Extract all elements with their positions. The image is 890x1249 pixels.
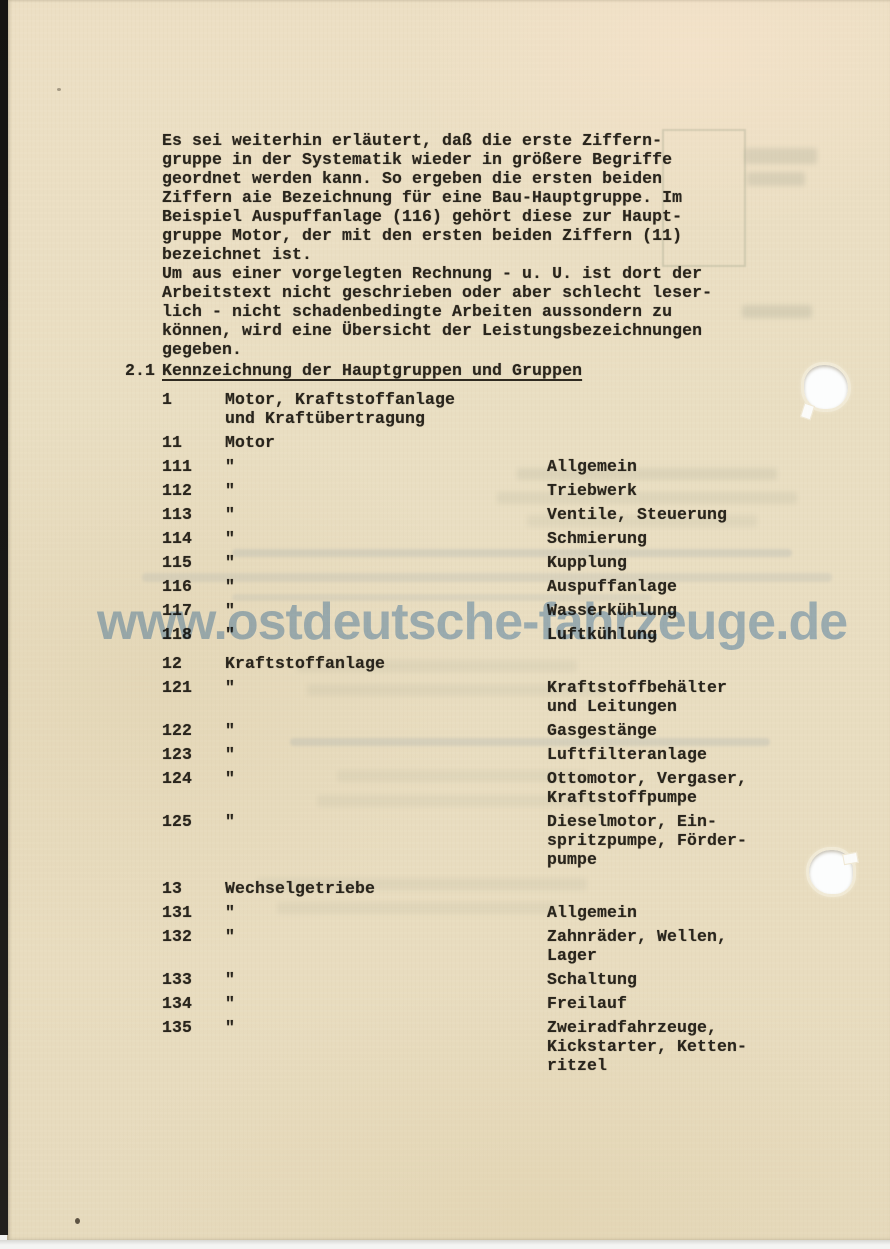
paper-speck [75,1218,80,1224]
intro-paragraph: Es sei weiterhin erläutert, daß die erst… [162,131,722,264]
table-row: 135"Zweiradfahrzeuge, Kickstarter, Kette… [162,1018,782,1075]
paper-tear [800,403,815,421]
row-code: 12 [162,654,225,673]
row-code: 13 [162,879,225,898]
row-group: " [225,481,547,500]
table-row: 1Motor, Kraftstoffanlage und Kraftübertr… [162,390,782,428]
row-desc: Schaltung [547,970,782,989]
table-row: 113"Ventile, Steuerung [162,505,782,524]
row-desc: Allgemein [547,903,782,922]
row-code: 132 [162,927,225,965]
row-desc: Schmierung [547,529,782,548]
table-row: 125"Dieselmotor, Ein- spritzpumpe, Förde… [162,812,782,869]
punch-hole [801,362,851,412]
row-group: " [225,994,547,1013]
row-desc [547,433,782,452]
row-group: " [225,903,547,922]
punch-hole [806,847,856,897]
row-code: 134 [162,994,225,1013]
row-code: 121 [162,678,225,716]
row-group: " [225,505,547,524]
table-row: 123"Luftfilteranlage [162,745,782,764]
row-group: Wechselgetriebe [225,879,547,898]
document-page: Es sei weiterhin erläutert, daß die erst… [7,0,890,1242]
row-desc: Zahnräder, Wellen, Lager [547,927,782,965]
table-row: 132"Zahnräder, Wellen, Lager [162,927,782,965]
table-row: 114"Schmierung [162,529,782,548]
scanner-edge-bottom [0,1240,890,1249]
row-desc: Freilauf [547,994,782,1013]
table-row: 134"Freilauf [162,994,782,1013]
row-code: 124 [162,769,225,807]
scanned-document: Es sei weiterhin erläutert, daß die erst… [0,0,890,1249]
row-desc: Ventile, Steuerung [547,505,782,524]
table-row: 121"Kraftstoffbehälter und Leitungen [162,678,782,716]
bleed-through [745,148,817,164]
row-group: " [225,927,547,965]
row-code: 123 [162,745,225,764]
table-row: 112"Triebwerk [162,481,782,500]
code-table: 1Motor, Kraftstoffanlage und Kraftübertr… [162,390,782,1080]
row-desc: Gasgestänge [547,721,782,740]
row-code: 112 [162,481,225,500]
row-group: Kraftstoffanlage [225,654,547,673]
row-group: Motor, Kraftstoffanlage und Kraftübertra… [225,390,547,428]
row-code: 11 [162,433,225,452]
row-code: 125 [162,812,225,869]
paper-tear [842,852,859,865]
row-code: 115 [162,553,225,572]
watermark: www.ostdeutsche-fahrzeuge.de [97,592,890,652]
row-code: 111 [162,457,225,476]
row-group: " [225,970,547,989]
bleed-through [742,305,812,318]
row-code: 135 [162,1018,225,1075]
row-code: 113 [162,505,225,524]
scanner-edge-left [0,0,8,1235]
row-group: " [225,529,547,548]
row-code: 114 [162,529,225,548]
row-group: Motor [225,433,547,452]
table-row: 124"Ottomotor, Vergaser, Kraftstoffpumpe [162,769,782,807]
table-row: 133"Schaltung [162,970,782,989]
row-desc: Triebwerk [547,481,782,500]
row-code: 133 [162,970,225,989]
row-code: 131 [162,903,225,922]
row-desc: Ottomotor, Vergaser, Kraftstoffpumpe [547,769,782,807]
explanation-paragraph: Um aus einer vorgelegten Rechnung - u. U… [162,264,742,359]
row-desc: Kupplung [547,553,782,572]
section-heading: 2.1 Kennzeichnung der Hauptgruppen und G… [125,361,582,380]
table-row: 13Wechselgetriebe [162,879,782,898]
table-row: 12Kraftstoffanlage [162,654,782,673]
row-group: " [225,457,547,476]
table-row: 115"Kupplung [162,553,782,572]
row-group: " [225,721,547,740]
table-row: 111"Allgemein [162,457,782,476]
row-group: " [225,678,547,716]
row-group: " [225,1018,547,1075]
table-row: 122"Gasgestänge [162,721,782,740]
row-desc: Kraftstoffbehälter und Leitungen [547,678,782,716]
row-desc [547,390,782,428]
row-desc: Zweiradfahrzeuge, Kickstarter, Ketten- r… [547,1018,782,1075]
row-group: " [225,812,547,869]
row-group: " [225,769,547,807]
row-code: 1 [162,390,225,428]
row-desc [547,654,782,673]
paper-speck [57,88,61,91]
row-desc [547,879,782,898]
row-code: 122 [162,721,225,740]
row-group: " [225,553,547,572]
bleed-through [747,172,805,186]
table-row: 131"Allgemein [162,903,782,922]
section-title: Kennzeichnung der Hauptgruppen und Grupp… [162,361,582,380]
section-number: 2.1 [125,361,162,380]
row-desc: Allgemein [547,457,782,476]
row-desc: Luftfilteranlage [547,745,782,764]
table-row: 11Motor [162,433,782,452]
row-desc: Dieselmotor, Ein- spritzpumpe, Förder- p… [547,812,782,869]
row-group: " [225,745,547,764]
